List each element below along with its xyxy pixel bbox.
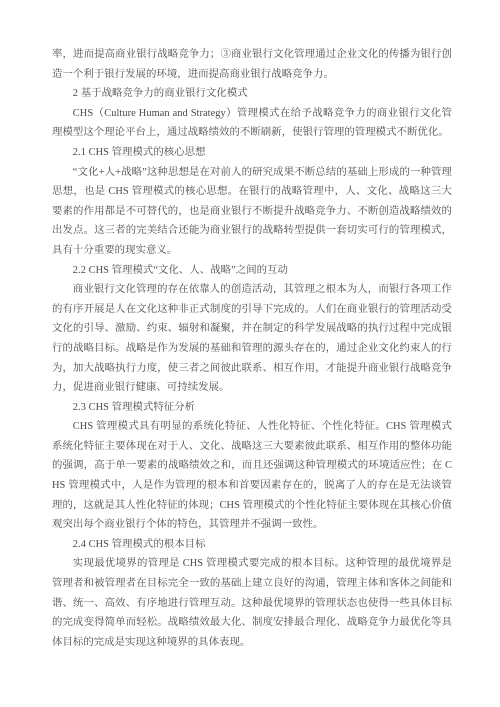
section-heading-2-4: 2.4 CHS 管理模式的根本目标 (52, 535, 452, 555)
paragraph: 商业银行文化管理的存在依靠人的创造活动，其管理之根本为人，而银行各项工作的有序开… (52, 280, 452, 398)
section-heading-2-3: 2.3 CHS 管理模式特征分析 (52, 398, 452, 418)
document-page: 率，进而提高商业银行战略竞争力；③商业银行文化管理通过企业文化的传播为银行创造一… (0, 0, 500, 707)
paragraph: 实现最优境界的管理是 CHS 管理模式要完成的根本目标。这种管理的最优境界是管理… (52, 554, 452, 652)
section-heading-2: 2 基于战略竞争力的商业银行文化模式 (52, 84, 452, 104)
paragraph: “文化+人+战略”这种思想是在对前人的研究成果不断总结的基础上形成的一种管理思想… (52, 163, 452, 261)
paragraph-continuation: 率，进而提高商业银行战略竞争力；③商业银行文化管理通过企业文化的传播为银行创造一… (52, 45, 452, 84)
section-heading-2-2: 2.2 CHS 管理模式“文化、人、战略”之间的互动 (52, 261, 452, 281)
section-heading-2-1: 2.1 CHS 管理模式的核心思想 (52, 143, 452, 163)
paragraph: CHS 管理模式具有明显的系统化特征、人性化特征、个性化特征。CHS 管理模式系… (52, 417, 452, 535)
document-body: 率，进而提高商业银行战略竞争力；③商业银行文化管理通过企业文化的传播为银行创造一… (52, 45, 452, 652)
paragraph: CHS（Culture Human and Strategy）管理模式在给予战略… (52, 104, 452, 143)
